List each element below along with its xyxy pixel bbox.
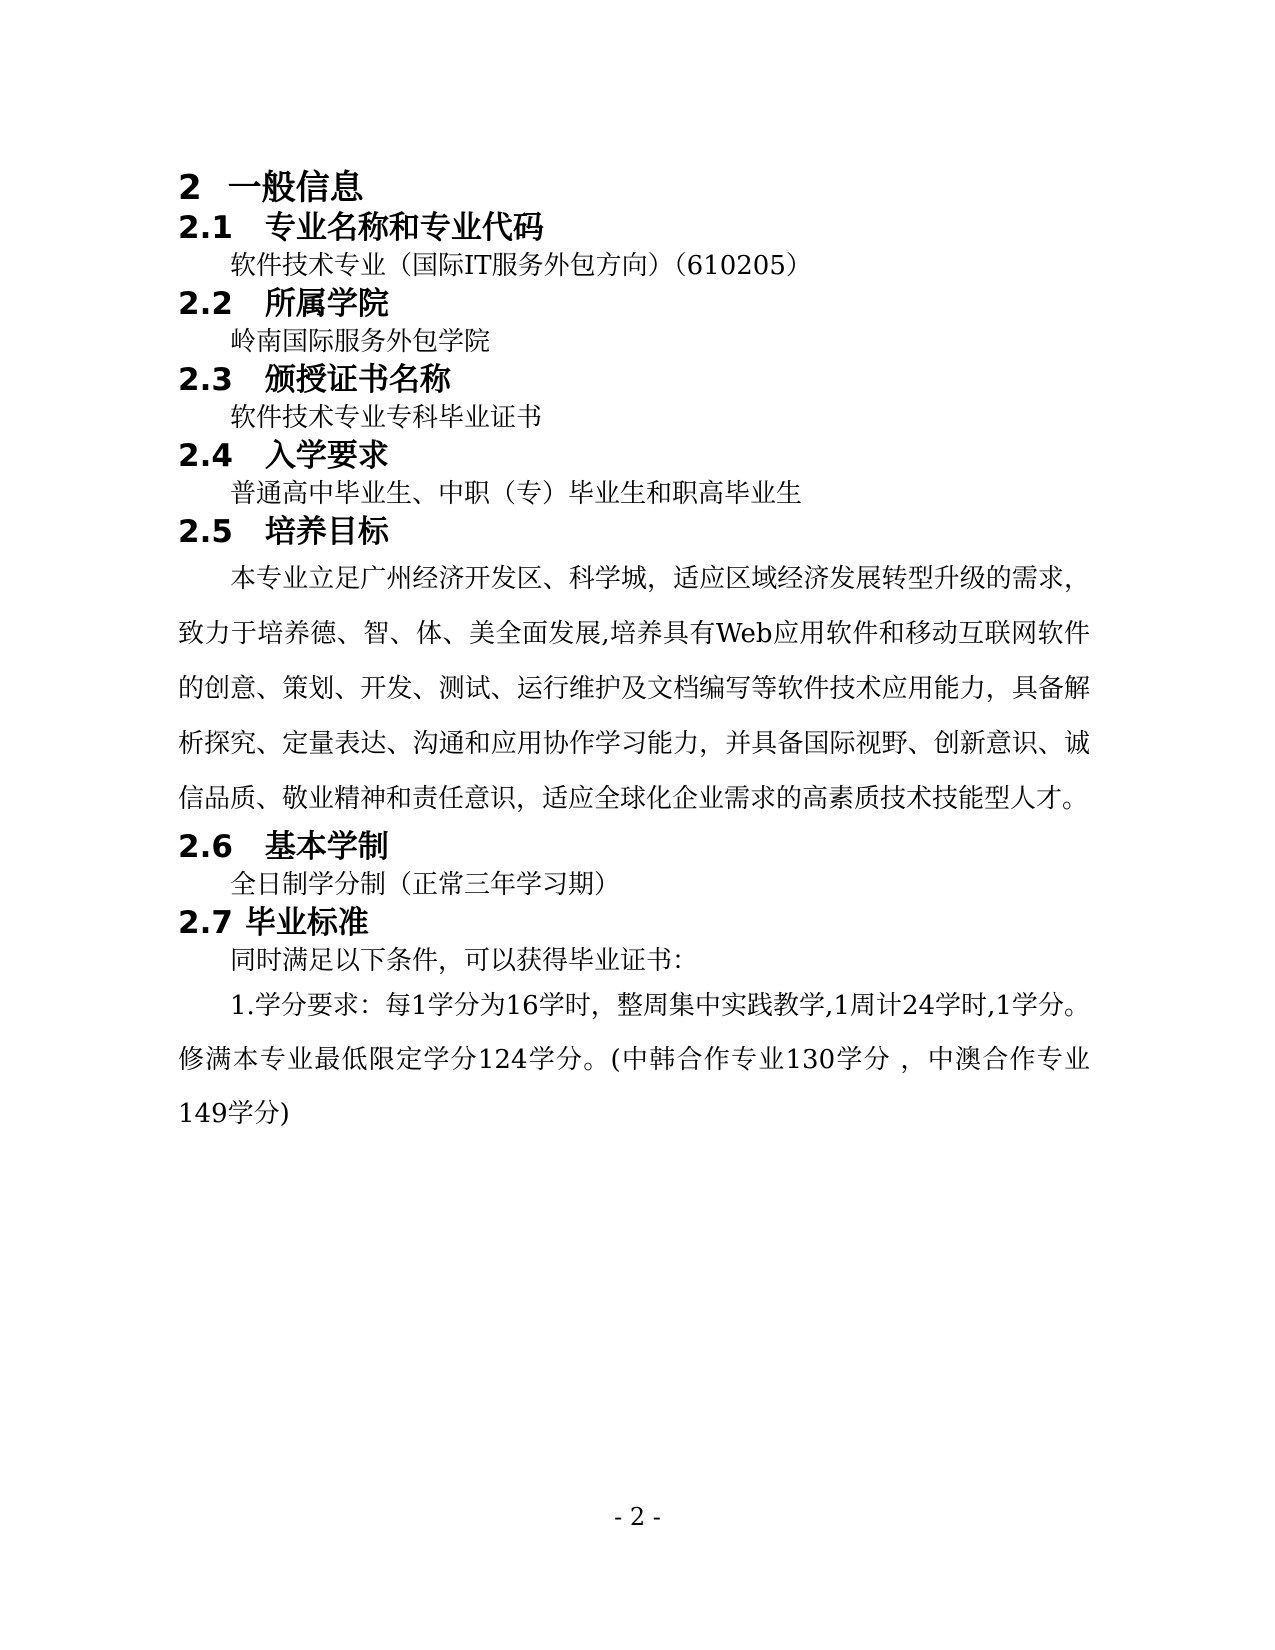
heading-title: 一般信息 [228, 168, 364, 208]
heading-title: 毕业标准 [245, 905, 369, 941]
body-2-4-admission-requirements: 普通高中毕业生、中职（专）毕业生和职高毕业生 [178, 476, 1090, 512]
body-2-2-college: 岭南国际服务外包学院 [178, 324, 1090, 360]
heading-2-1-major-name-code: 2.1专业名称和专业代码 [178, 208, 1090, 248]
heading-number: 2.3 [178, 362, 233, 398]
heading-title: 入学要求 [265, 438, 389, 474]
heading-number: 2.7 [178, 905, 233, 941]
page-number: - 2 - [0, 1503, 1275, 1531]
heading-2-5-training-objectives: 2.5培养目标 [178, 512, 1090, 552]
heading-title: 培养目标 [265, 514, 389, 550]
heading-title: 颁授证书名称 [265, 362, 451, 398]
document-page: 2一般信息 2.1专业名称和专业代码 软件技术专业（国际IT服务外包方向）（61… [0, 0, 1275, 1650]
body-2-5-training-objectives: 本专业立足广州经济开发区、科学城，适应区域经济发展转型升级的需求，致力于培养德、… [178, 552, 1090, 827]
heading-number: 2.2 [178, 286, 233, 322]
heading-title: 基本学制 [265, 829, 389, 865]
heading-2-2-college: 2.2所属学院 [178, 284, 1090, 324]
body-2-7-intro: 同时满足以下条件，可以获得毕业证书： [178, 943, 1090, 979]
heading-2-6-study-system: 2.6基本学制 [178, 827, 1090, 867]
heading-number: 2.1 [178, 210, 233, 246]
heading-title: 专业名称和专业代码 [265, 210, 544, 246]
body-2-3-certificate-name: 软件技术专业专科毕业证书 [178, 400, 1090, 436]
body-2-7-credit-requirement: 1.学分要求：每1学分为16学时，整周集中实践教学,1周计24学时,1学分。修满… [178, 979, 1090, 1141]
heading-2-4-admission-requirements: 2.4入学要求 [178, 436, 1090, 476]
heading-title: 所属学院 [265, 286, 389, 322]
heading-number: 2.6 [178, 829, 233, 865]
heading-number: 2.4 [178, 438, 233, 474]
document-content: 2一般信息 2.1专业名称和专业代码 软件技术专业（国际IT服务外包方向）（61… [178, 0, 1090, 1141]
heading-2-3-certificate-name: 2.3颁授证书名称 [178, 360, 1090, 400]
heading-number: 2 [178, 168, 202, 208]
body-2-1-major-name-code: 软件技术专业（国际IT服务外包方向）（610205） [178, 248, 1090, 284]
body-2-6-study-system: 全日制学分制（正常三年学习期） [178, 867, 1090, 903]
heading-2-7-graduation-standard: 2.7毕业标准 [178, 903, 1090, 943]
heading-2-general-info: 2一般信息 [178, 168, 1090, 208]
heading-number: 2.5 [178, 514, 233, 550]
